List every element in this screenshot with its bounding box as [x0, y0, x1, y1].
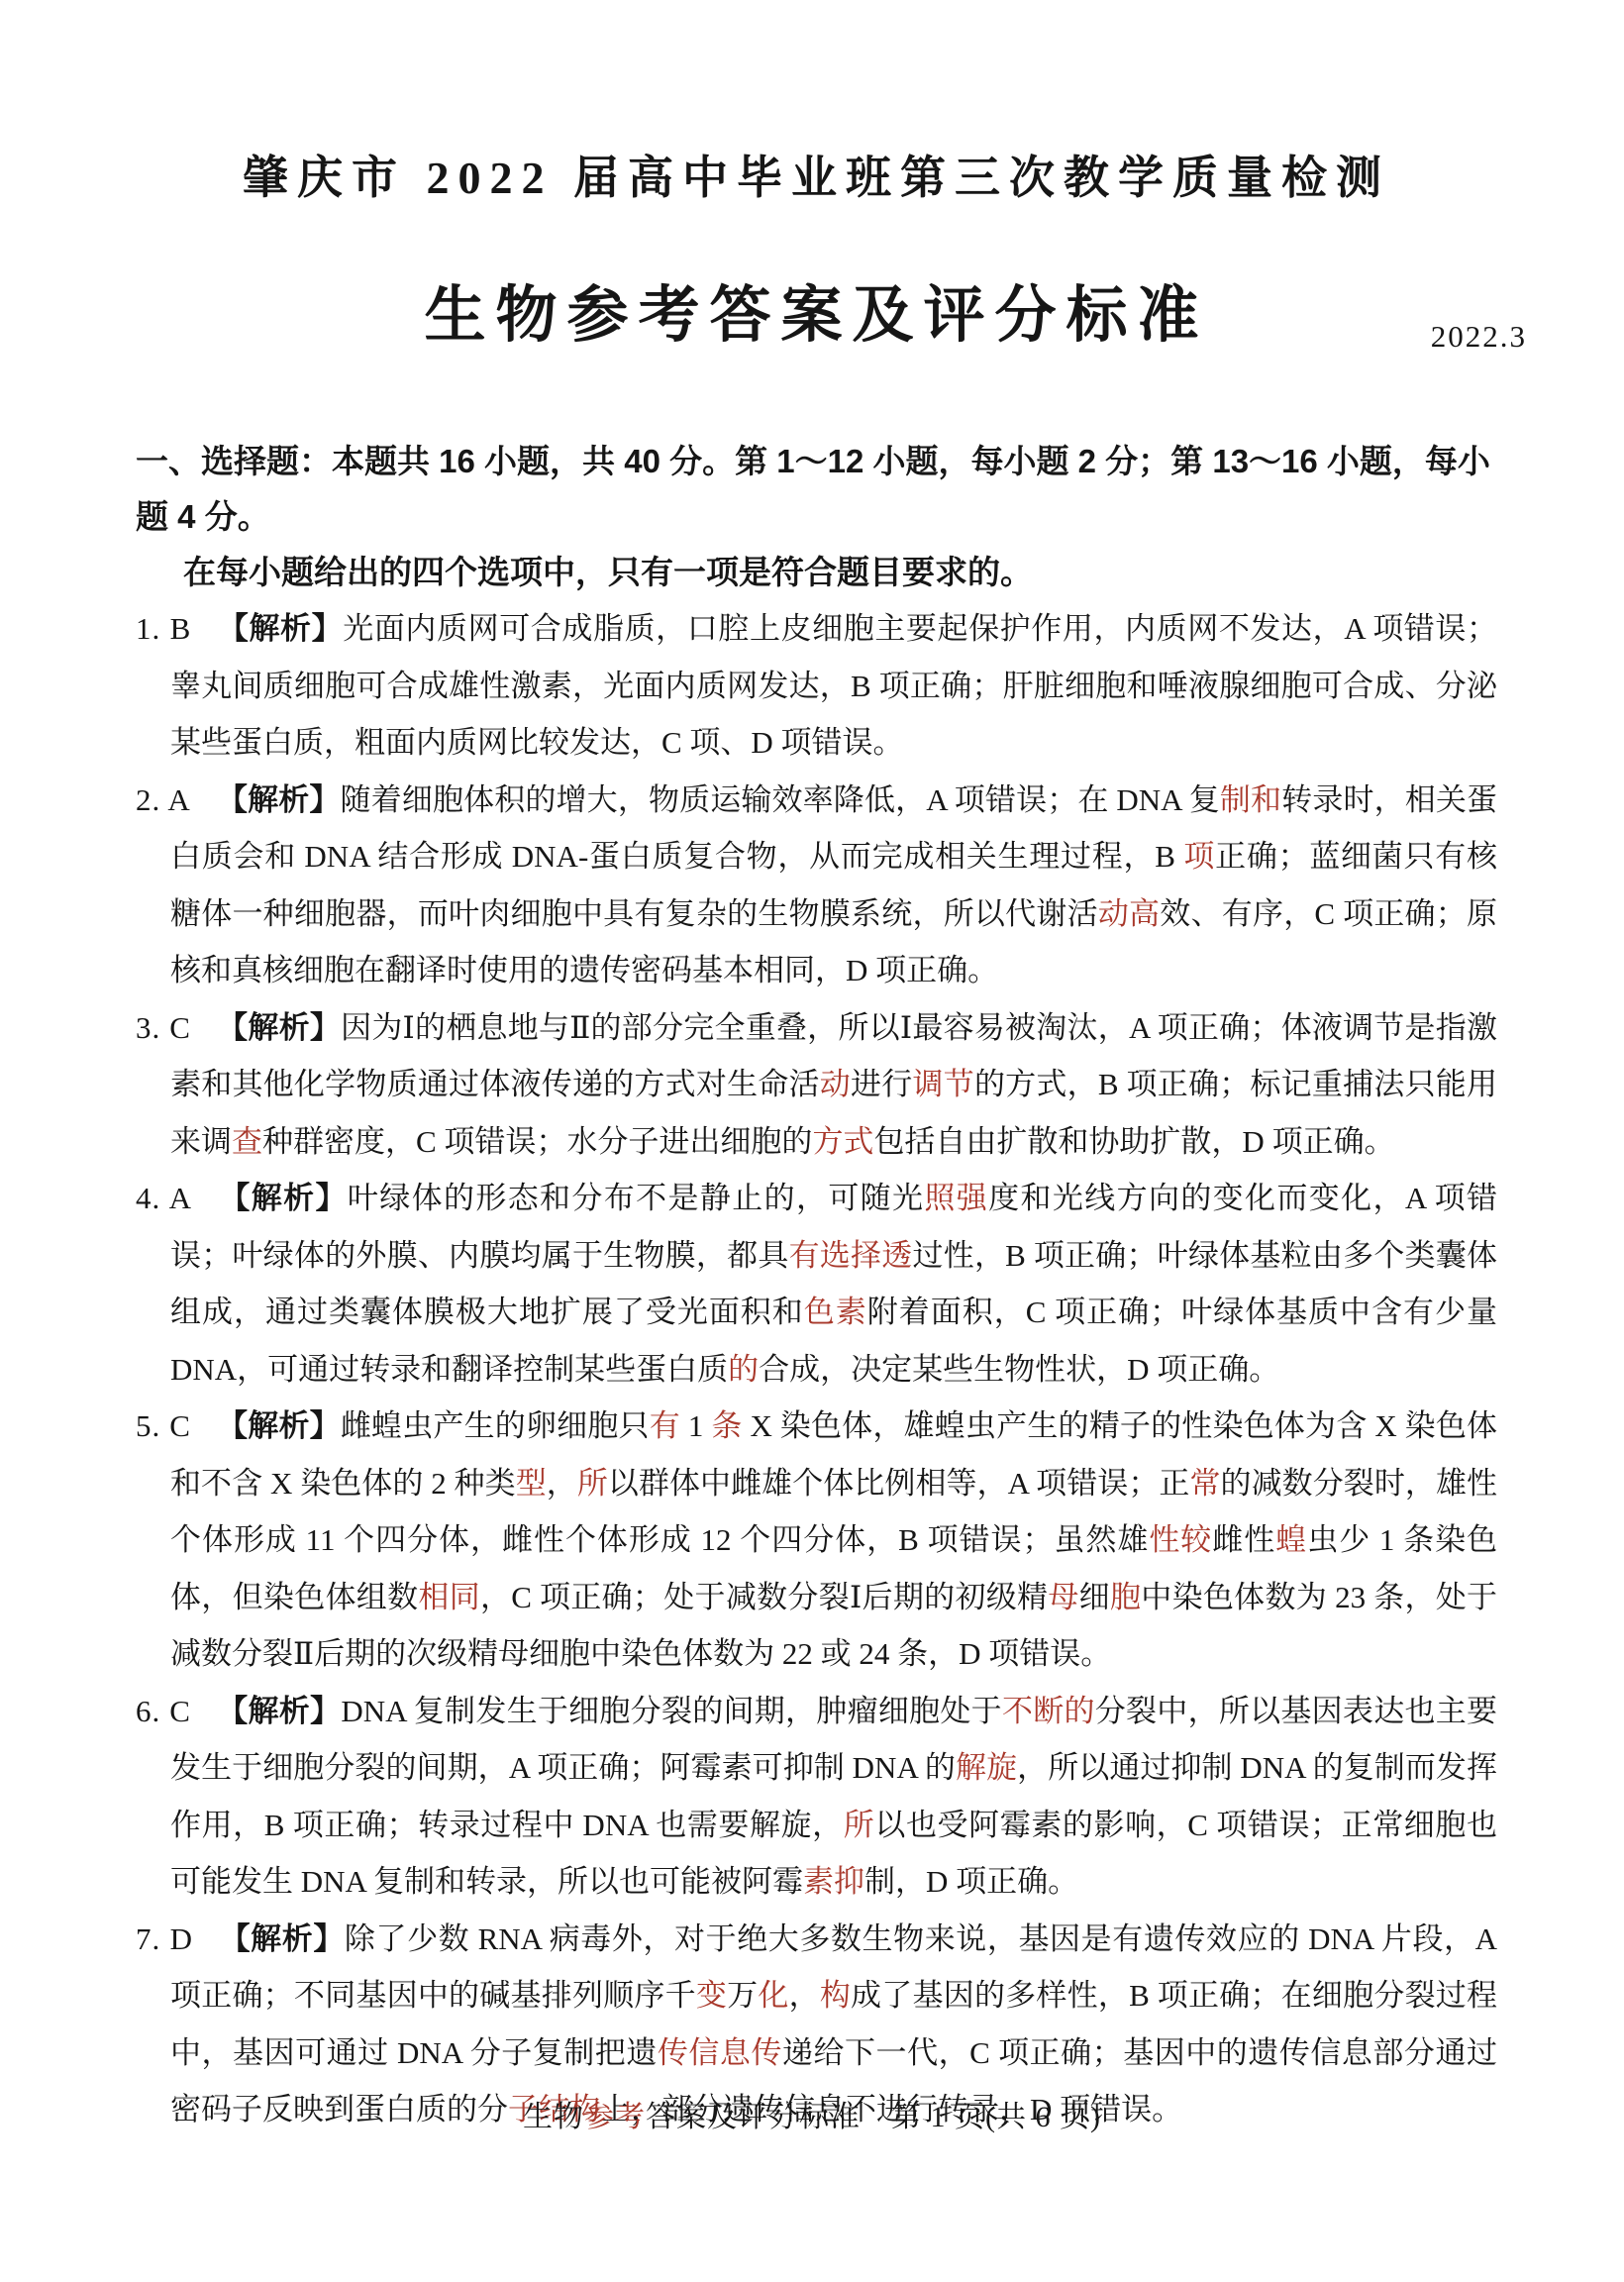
answer-number: 5. C [136, 1408, 191, 1443]
analysis-label: 【解析】 [217, 782, 341, 817]
red-overprint-text: 相同 [418, 1580, 480, 1614]
text-segment: 随着细胞体积的增大，物质运输效率降低，A 项错误；在 DNA 复 [341, 782, 1220, 817]
text-segment: ， [547, 1466, 577, 1501]
red-overprint-text: 条 [711, 1408, 742, 1443]
red-overprint-text: 动 [820, 1067, 851, 1101]
analysis-label: 【解析】 [217, 1694, 341, 1728]
text-segment: 种群密度，C 项错误；水分子进出细胞的 [262, 1124, 812, 1159]
section-heading-line2: 在每小题给出的四个选项中，只有一项是符合题目要求的。 [183, 545, 1497, 600]
text-segment: 答案及评分标准 [646, 2101, 861, 2133]
answer-number: 1. B [136, 611, 191, 646]
red-overprint-text: 常 [1189, 1466, 1220, 1501]
red-overprint-text: 构 [820, 1978, 851, 2013]
red-overprint-text: 传信息传 [658, 2035, 782, 2070]
red-overprint-text: 母 [1048, 1580, 1078, 1614]
text-segment: 生物 [523, 2101, 584, 2133]
text-segment: 叶绿体的形态和分布不是静止的，可随光 [348, 1181, 925, 1215]
red-overprint-text: 照强 [924, 1181, 988, 1215]
answer-key-title: 生物参考答案及评分标准 [136, 277, 1497, 355]
exam-date: 2022.3 [1431, 319, 1527, 355]
text-segment: 第 1 页(共 6 页) [861, 2101, 1101, 2133]
answer-item: 1. B【解析】光面内质网可合成脂质，口腔上皮细胞主要起保护作用，内质网不发达，… [136, 600, 1497, 772]
page-content: 肇庆市 2022 届高中毕业班第三次教学质量检测 生物参考答案及评分标准 一、选… [136, 149, 1497, 2138]
red-overprint-text: 动高 [1098, 896, 1160, 931]
text-segment: 制，D 项正确。 [864, 1864, 1078, 1899]
analysis-label: 【解析】 [217, 1010, 341, 1045]
answer-number: 6. C [136, 1694, 191, 1728]
red-overprint-text: 所 [844, 1808, 875, 1842]
section-heading: 一、选择题：本题共 16 小题，共 40 分。第 1～12 小题，每小题 2 分… [136, 434, 1497, 600]
answer-number: 4. A [136, 1181, 192, 1215]
red-overprint-text: 变 [696, 1978, 727, 2013]
text-segment: 以群体中雌雄个体比例相等，A 项错误；正 [608, 1466, 1190, 1501]
red-overprint-text: 胞 [1110, 1580, 1141, 1614]
answer-item: 2. A【解析】随着细胞体积的增大，物质运输效率降低，A 项错误；在 DNA 复… [136, 772, 1497, 999]
red-overprint-text: 项 [1183, 839, 1215, 874]
red-overprint-text: 有 [650, 1408, 680, 1443]
red-overprint-text: 所 [577, 1466, 608, 1501]
answer-item: 6. C【解析】DNA 复制发生于细胞分裂的间期，肿瘤细胞处于不断的分裂中，所以… [136, 1683, 1497, 1911]
page-footer: 生物参考答案及评分标准 第 1 页(共 6 页) [0, 2092, 1624, 2135]
red-overprint-text: 不断的 [1002, 1694, 1095, 1728]
analysis-label: 【解析】 [218, 1181, 348, 1215]
section-heading-line1: 一、选择题：本题共 16 小题，共 40 分。第 1～12 小题，每小题 2 分… [136, 434, 1497, 545]
text-segment: 光面内质网可合成脂质，口腔上皮细胞主要起保护作用，内质网不发达，A 项错误；睾丸… [170, 611, 1497, 760]
red-overprint-text: 参考 [584, 2101, 646, 2133]
red-overprint-text: 制和 [1220, 782, 1281, 817]
answer-item: 4. A【解析】叶绿体的形态和分布不是静止的，可随光照强度和光线方向的变化而变化… [136, 1170, 1497, 1398]
analysis-label: 【解析】 [217, 1408, 341, 1443]
text-segment: 进行 [851, 1067, 912, 1101]
answer-item: 5. C【解析】雌蝗虫产生的卵细胞只有 1 条 X 染色体，雄蝗虫产生的精子的性… [136, 1398, 1497, 1683]
text-segment: ，C 项正确；处于减数分裂Ⅰ后期的初级精 [480, 1580, 1048, 1614]
answer-number: 3. C [136, 1010, 191, 1045]
answers-list: 1. B【解析】光面内质网可合成脂质，口腔上皮细胞主要起保护作用，内质网不发达，… [136, 600, 1497, 2138]
document-page: 肇庆市 2022 届高中毕业班第三次教学质量检测 生物参考答案及评分标准 一、选… [0, 0, 1624, 2282]
red-overprint-text: 的 [728, 1352, 759, 1387]
text-segment: 1 [680, 1408, 711, 1443]
red-overprint-text: 方式 [812, 1124, 873, 1159]
red-overprint-text: 型 [516, 1466, 547, 1501]
answer-item: 3. C【解析】因为Ⅰ的栖息地与Ⅱ的部分完全重叠，所以Ⅰ最容易被淘汰，A 项正确… [136, 999, 1497, 1171]
text-segment: 合成，决定某些生物性状，D 项正确。 [759, 1352, 1279, 1387]
analysis-label: 【解析】 [219, 1921, 345, 1956]
red-overprint-text: 解旋 [956, 1750, 1017, 1785]
text-segment: 雌蝗虫产生的卵细胞只 [341, 1408, 650, 1443]
red-overprint-text: 查 [232, 1124, 262, 1159]
red-overprint-text: 素抑 [803, 1864, 864, 1899]
text-segment: DNA 复制发生于细胞分裂的间期，肿瘤细胞处于 [341, 1694, 1002, 1728]
exam-title: 肇庆市 2022 届高中毕业班第三次教学质量检测 [136, 149, 1497, 208]
analysis-label: 【解析】 [217, 611, 343, 646]
text-segment: 包括自由扩散和协助扩散，D 项正确。 [873, 1124, 1394, 1159]
red-overprint-text: 性较 [1149, 1522, 1212, 1557]
red-overprint-text: 蝗 [1275, 1522, 1307, 1557]
red-overprint-text: 色素 [804, 1295, 867, 1329]
text-segment: 雌性 [1212, 1522, 1275, 1557]
red-overprint-text: 有选择透 [789, 1238, 913, 1273]
text-segment: 细 [1079, 1580, 1110, 1614]
text-segment: 万 [727, 1978, 758, 2013]
red-overprint-text: 化 [758, 1978, 788, 2013]
red-overprint-text: 调节 [912, 1067, 973, 1101]
answer-number: 7. D [136, 1921, 193, 1956]
answer-number: 2. A [136, 782, 191, 817]
text-segment: ， [789, 1978, 820, 2013]
